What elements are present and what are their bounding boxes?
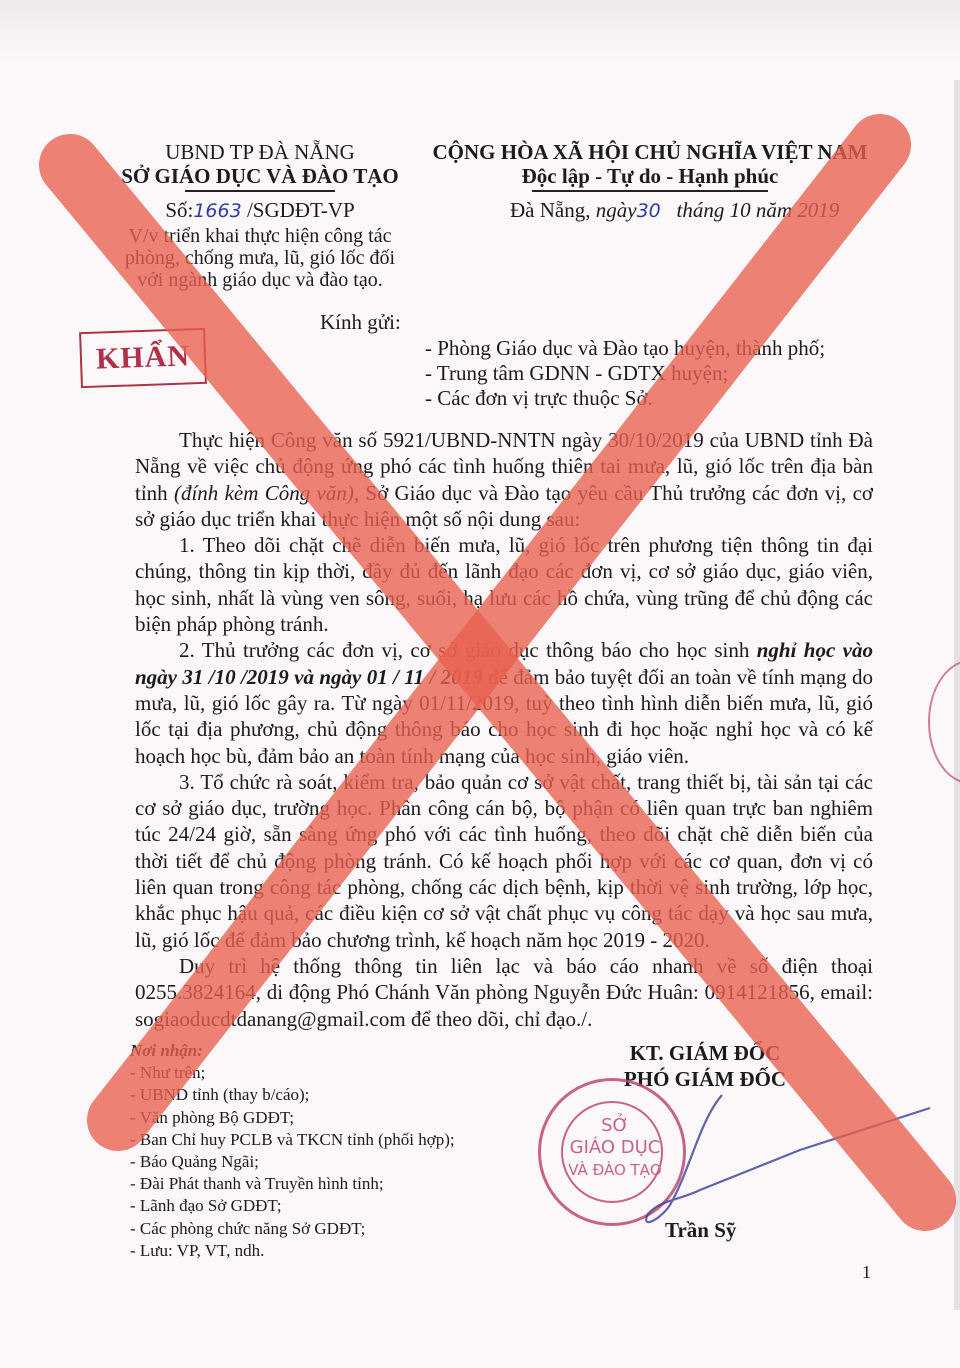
red-x-mark xyxy=(0,0,960,1368)
